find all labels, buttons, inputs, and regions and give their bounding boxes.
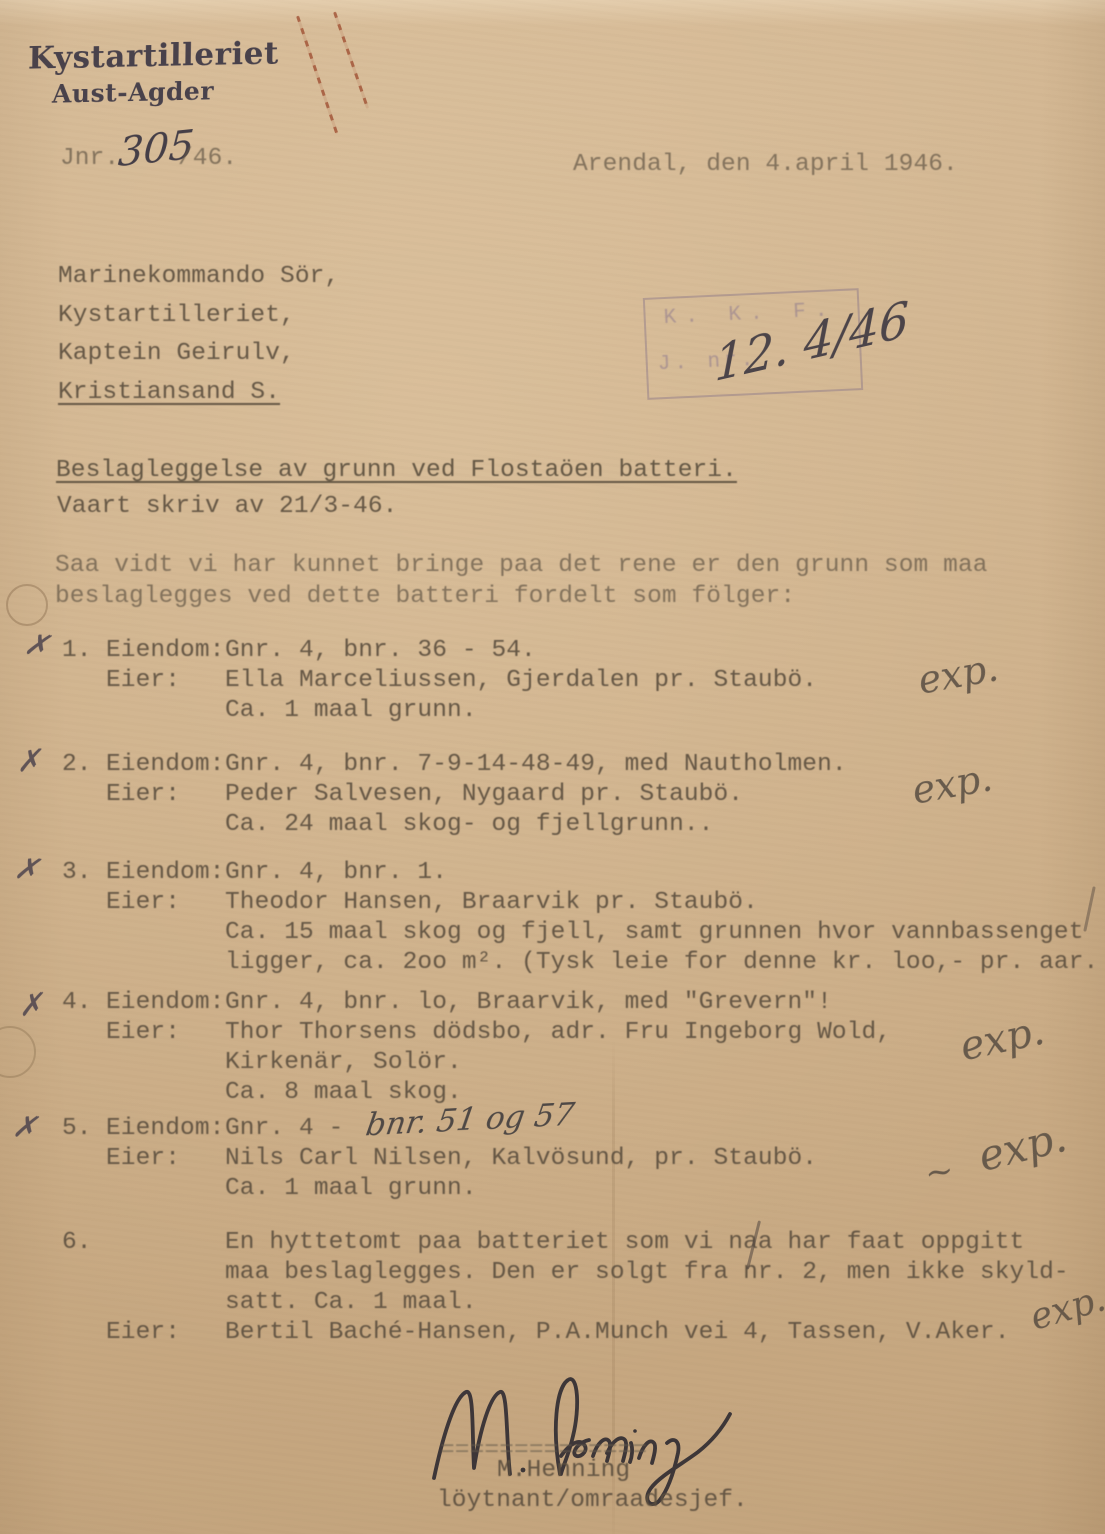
field-label: Eiendom: [106,1114,225,1144]
intro-line: beslaglegges ved dette batteri fordelt s… [55,582,988,613]
item-line: Ca. 15 maal skog og fjell, samt grunnen … [62,918,1082,948]
recipient-line: Kystartilleriet, [58,301,339,340]
field-label: Eiendom: [106,750,225,780]
field-value: Bertil Baché-Hansen, P.A.Munch vei 4, Ta… [225,1318,1082,1348]
field-label [106,918,225,948]
field-label: Eier: [106,666,225,696]
field-label: Eiendom: [106,636,225,666]
item-number: 6. [62,1228,106,1258]
field-value: ligger, ca. 2oo m². (Tysk leie for denne… [225,948,1098,978]
letterhead-region: Aust-Agder [52,76,214,108]
subject-heading: Beslagleggelse av grunn ved Flostaöen ba… [56,456,737,486]
field-label: Eier: [106,1018,225,1048]
check-mark: ✗ [22,626,52,664]
item-number [62,1258,106,1288]
field-label [106,1078,225,1108]
field-value: Gnr. 4, bnr. 1. [225,858,1082,888]
signature-typed-title: löytnant/omraadesjef. [437,1486,748,1516]
field-value: Thor Thorsens dödsbo, adr. Fru Ingeborg … [225,1018,1082,1048]
dateline: Arendal, den 4.april 1946. [573,150,958,180]
item-line: satt. Ca. 1 maal. [62,1288,1082,1318]
item-number [62,1078,106,1108]
item-number [62,1318,106,1348]
scratch-mark [333,12,369,109]
document-page: Kystartilleriet Aust-Agder Jnr. 305 /46.… [0,0,1105,1534]
field-label: Eier: [106,888,225,918]
letterhead-org: Kystartilleriet [28,35,279,76]
item-line: Kirkenär, Solör. [62,1048,1082,1078]
check-mark: ✗ [11,1109,39,1146]
item-number: 1. [62,636,106,666]
field-label [106,1228,225,1258]
field-value: Gnr. 4, bnr. lo, Braarvik, med "Grevern"… [225,988,1082,1018]
field-value: Theodor Hansen, Braarvik pr. Staubö. [225,888,1082,918]
item-number: 2. [62,750,106,780]
pencil-stroke [1083,886,1095,932]
item-number [62,666,106,696]
item-line: Eier: Thor Thorsens dödsbo, adr. Fru Ing… [62,1018,1082,1048]
item-number: 3. [62,858,106,888]
item-number: 5. [62,1114,106,1144]
field-value: En hyttetomt paa batteriet som vi naa ha… [225,1228,1082,1258]
item-number [62,780,106,810]
intro-paragraph: Saa vidt vi har kunnet bringe paa det re… [55,551,988,613]
item-line: ligger, ca. 2oo m². (Tysk leie for denne… [62,948,1082,978]
item-line: 4. Eiendom: Gnr. 4, bnr. lo, Braarvik, m… [62,988,1082,1018]
field-value: Kirkenär, Solör. [225,1048,1082,1078]
field-value: maa beslaglegges. Den er solgt fra nr. 2… [225,1258,1082,1288]
journal-suffix: /46. [178,144,237,174]
item-number [62,948,106,978]
field-value: Gnr. 4 - [225,1114,1082,1144]
reference-line: Vaart skriv av 21/3-46. [57,492,397,522]
property-item-4: 4. Eiendom: Gnr. 4, bnr. lo, Braarvik, m… [62,988,1082,1108]
field-label [106,1258,225,1288]
field-label: Eiendom: [106,858,225,888]
field-label [106,810,225,840]
field-label: Eier: [106,1318,225,1348]
recipient-line: Kaptein Geirulv, [58,339,339,378]
item-line: 3. Eiendom: Gnr. 4, bnr. 1. [62,858,1082,888]
item-line: 6. En hyttetomt paa batteriet som vi naa… [62,1228,1082,1258]
field-value: Ca. 8 maal skog. [225,1078,1082,1108]
item-number [62,1048,106,1078]
check-mark: ✗ [12,851,41,888]
check-mark: ✗ [15,743,43,780]
punch-hole-mark [0,1026,36,1078]
item-number [62,810,106,840]
item-number [62,696,106,726]
field-value: Ca. 1 maal grunn. [225,696,1082,726]
item-line: Ca. 24 maal skog- og fjellgrunn.. [62,810,1082,840]
item-line: Eier: Theodor Hansen, Braarvik pr. Staub… [62,888,1082,918]
item-line: Eier: Bertil Baché-Hansen, P.A.Munch vei… [62,1318,1082,1348]
field-label: Eiendom: [106,988,225,1018]
item-number [62,888,106,918]
item-number [62,1174,106,1204]
item-number [62,1018,106,1048]
field-label [106,696,225,726]
journal-label: Jnr. [60,144,119,174]
field-label [106,1048,225,1078]
punch-hole-mark [6,584,48,626]
field-label [106,1288,225,1318]
item-number [62,918,106,948]
signature-typed-name: M.Henning [497,1456,630,1486]
intro-line: Saa vidt vi har kunnet bringe paa det re… [55,551,988,582]
recipient-line: Marinekommando Sör, [58,262,339,301]
scratch-mark [296,16,338,135]
field-value: Ca. 24 maal skog- og fjellgrunn.. [225,810,1082,840]
recipient-address: Marinekommando Sör, Kystartilleriet, Kap… [58,262,339,416]
check-mark: ✗ [16,987,45,1024]
field-label [106,1174,225,1204]
property-item-6: 6. En hyttetomt paa batteriet som vi naa… [62,1228,1082,1348]
item-number: 4. [62,988,106,1018]
recipient-line-underlined: Kristiansand S. [58,378,339,417]
field-value: Ca. 15 maal skog og fjell, samt grunnen … [225,918,1084,948]
field-label [106,948,225,978]
item-number [62,1144,106,1174]
item-line: maa beslaglegges. Den er solgt fra nr. 2… [62,1258,1082,1288]
margin-tilde: ~ [922,1150,956,1194]
property-item-3: 3. Eiendom: Gnr. 4, bnr. 1. Eier: Theodo… [62,858,1082,978]
field-value: Nils Carl Nilsen, Kalvösund, pr. Staubö. [225,1144,1082,1174]
item-number [62,1288,106,1318]
field-label: Eier: [106,1144,225,1174]
field-label: Eier: [106,780,225,810]
field-value: satt. Ca. 1 maal. [225,1288,1082,1318]
